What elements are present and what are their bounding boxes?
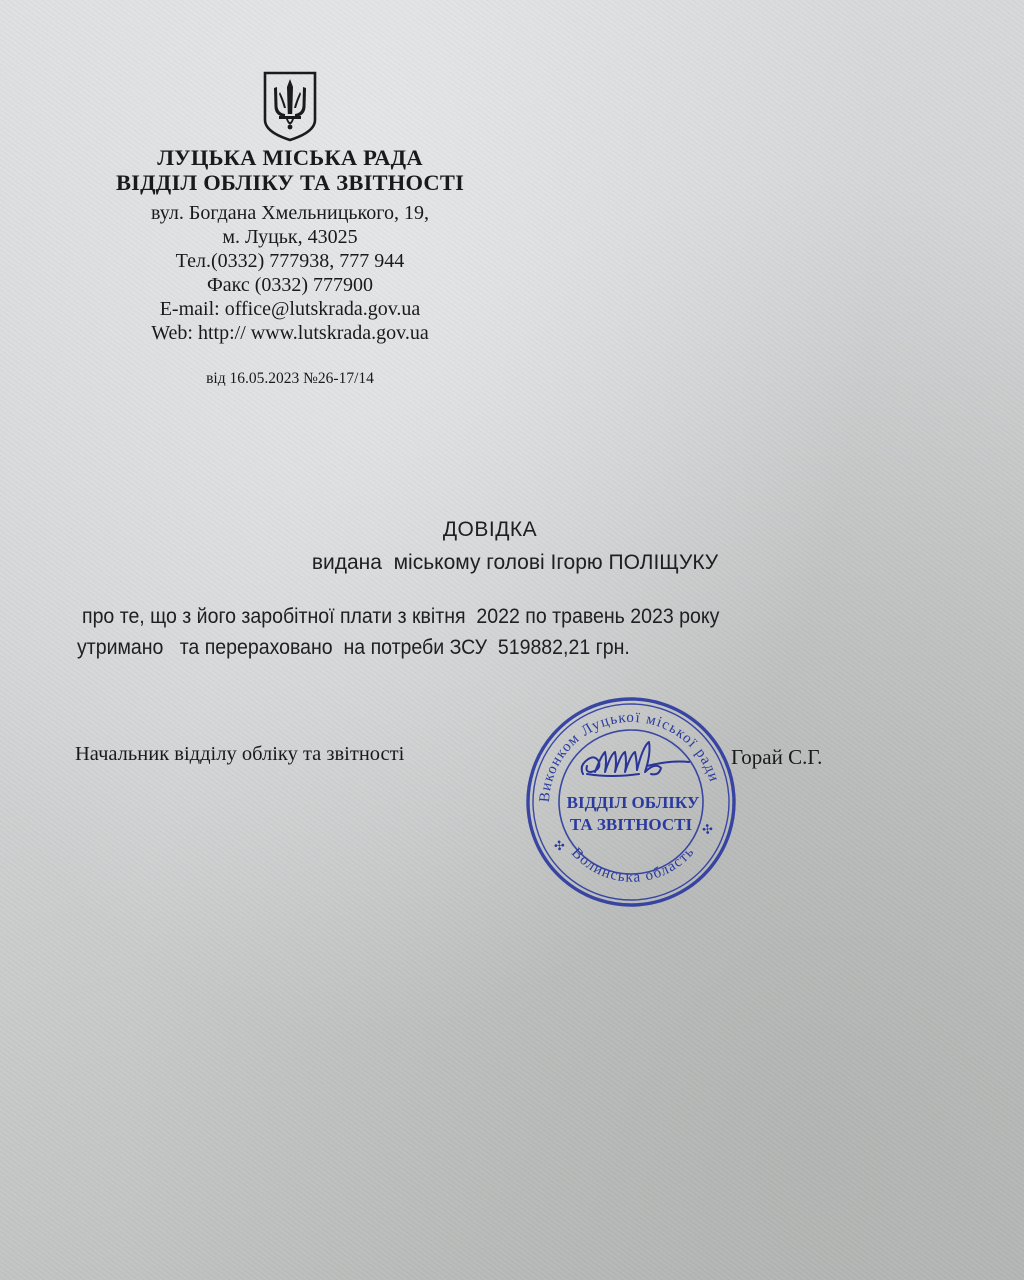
street-address: вул. Богдана Хмельницького, 19, xyxy=(90,201,490,225)
document-reference: від 16.05.2023 №26-17/14 xyxy=(150,370,430,388)
issued-to: видана міському голові Ігорю ПОЛІЩУКУ xyxy=(255,551,775,575)
certificate-text-line-2: утримано та перераховано на потреби ЗСУ … xyxy=(77,636,630,660)
fax-number: Факс (0332) 777900 xyxy=(90,273,490,297)
phone-number: Тел.(0332) 777938, 777 944 xyxy=(90,249,490,273)
city-postcode: м. Луцьк, 43025 xyxy=(90,225,490,249)
organization-name: ЛУЦЬКА МІСЬКА РАДА xyxy=(90,145,490,171)
email-address: E-mail: office@lutskrada.gov.ua xyxy=(90,297,490,321)
document-title: ДОВІДКА xyxy=(290,518,690,542)
website-address: Web: http:// www.lutskrada.gov.ua xyxy=(90,321,490,345)
stamp-star-right-icon: ✣ xyxy=(702,821,714,837)
coat-of-arms-icon xyxy=(262,70,318,142)
signatory-name: Горай С.Г. xyxy=(731,745,822,770)
signatory-position: Начальник відділу обліку та звітності xyxy=(75,743,404,766)
official-stamp: Виконком Луцької міської ради Волинська … xyxy=(521,696,741,908)
certificate-text-line-1: про те, що з його заробітної плати з кві… xyxy=(82,605,719,629)
handwritten-signature xyxy=(582,742,689,776)
stamp-center-line-1: ВІДДІЛ ОБЛІКУ xyxy=(567,793,700,812)
stamp-center-line-2: ТА ЗВІТНОСТІ xyxy=(570,815,693,834)
department-name: ВІДДІЛ ОБЛІКУ ТА ЗВІТНОСТІ xyxy=(90,170,490,196)
stamp-bottom-text: Волинська область xyxy=(567,837,699,890)
stamp-star-left-icon: ✣ xyxy=(553,838,565,854)
